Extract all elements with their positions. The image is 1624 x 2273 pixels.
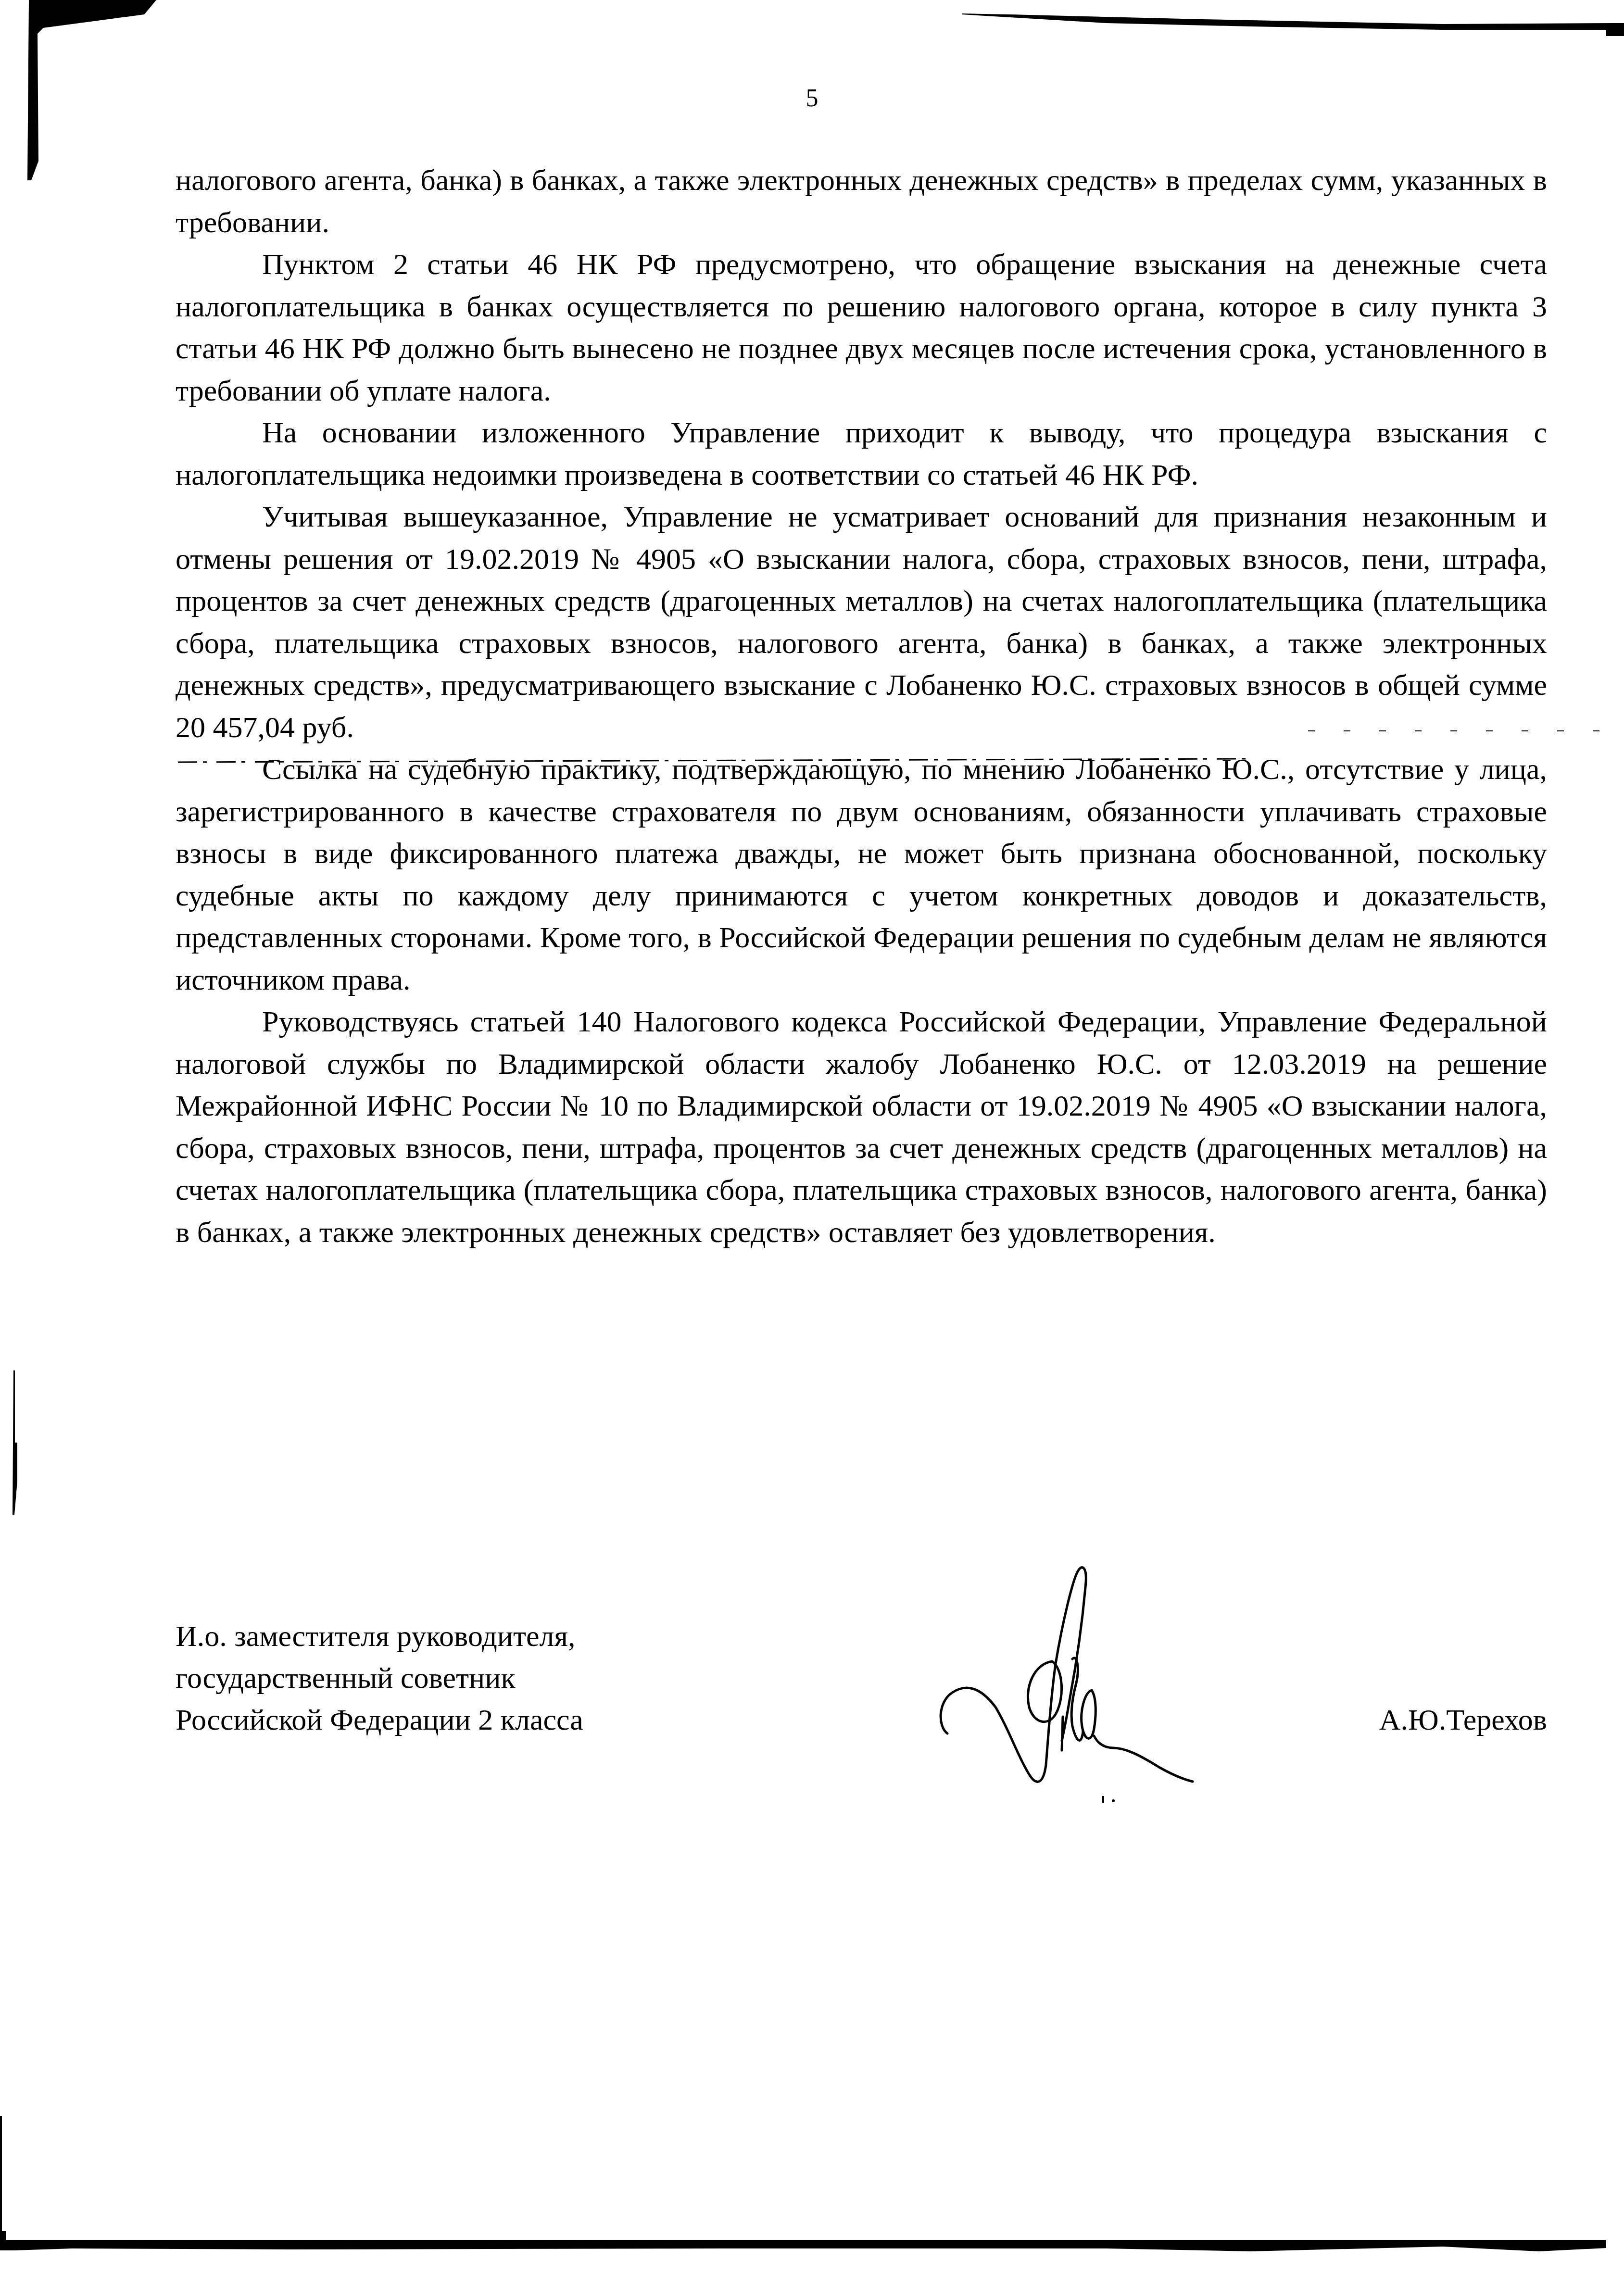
signer-name: А.Ю.Терехов (1379, 1699, 1547, 1741)
scan-edge-top-right (962, 13, 1624, 36)
signature-block: И.о. заместителя руководителя, государст… (176, 1616, 1547, 1818)
scan-edge-left (13, 1370, 17, 1515)
signer-title-line: Российской Федерации 2 класса (176, 1699, 583, 1741)
signer-title-line: государственный советник (176, 1658, 583, 1699)
page-number: 5 (0, 84, 1624, 113)
paragraph-court-practice: Ссылка на судебную практику, подтверждаю… (176, 749, 1547, 1001)
scan-edge-left-lower (0, 2116, 2, 2250)
scan-edge-bottom (0, 2231, 1606, 2251)
paragraph-continuation: налогового агента, банка) в банках, а та… (176, 160, 1547, 244)
paragraph-article-46: Пунктом 2 статьи 46 НК РФ предусмотрено,… (176, 244, 1547, 412)
signer-title-line: И.о. заместителя руководителя, (176, 1616, 583, 1658)
document-body: налогового агента, банка) в банках, а та… (176, 160, 1547, 1254)
handwritten-signature-icon (933, 1553, 1279, 1803)
signer-title: И.о. заместителя руководителя, государст… (176, 1616, 583, 1741)
paragraph-conclusion-procedure: На основании изложенного Управление прих… (176, 412, 1547, 496)
paragraph-decision: Руководствуясь статьей 140 Налогового ко… (176, 1001, 1547, 1254)
paragraph-no-grounds: Учитывая вышеуказанное, Управление не ус… (176, 496, 1547, 749)
